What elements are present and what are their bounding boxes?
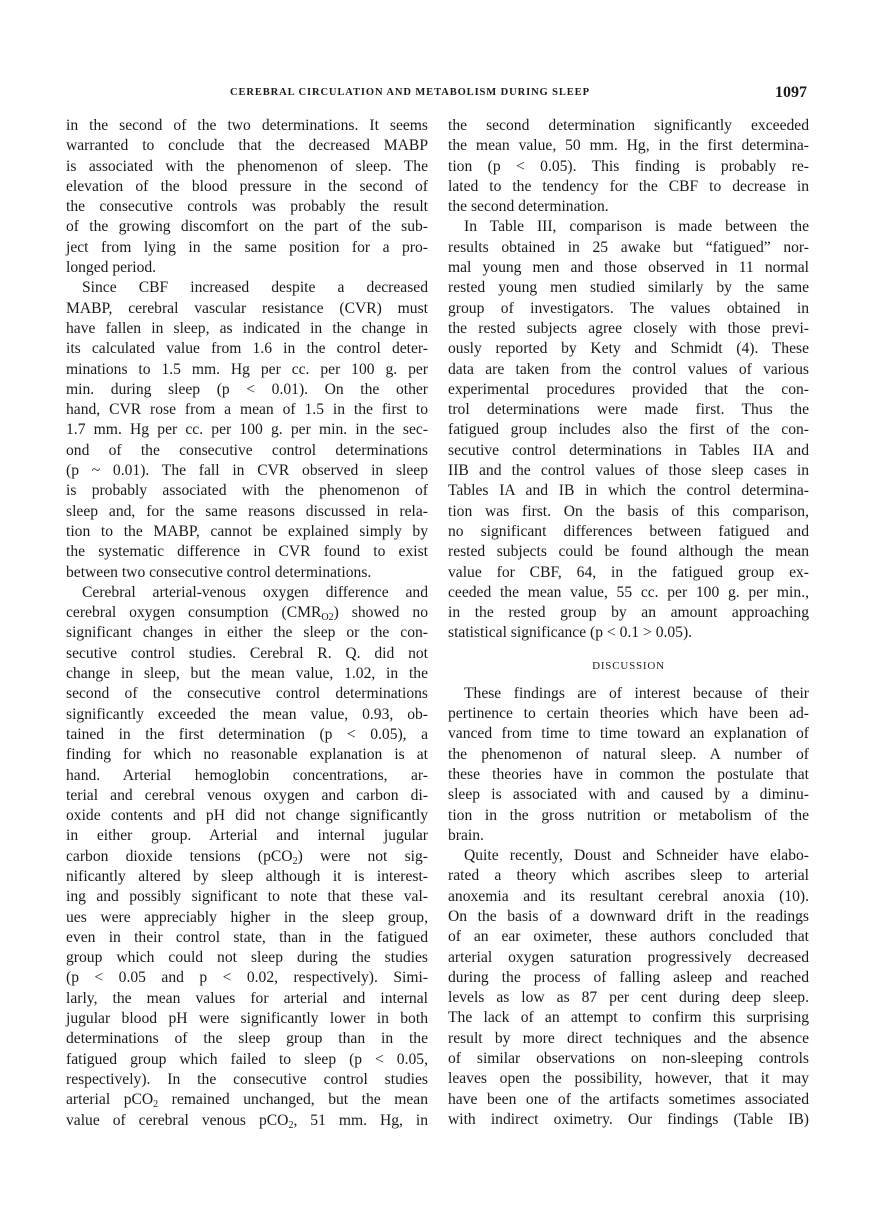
text-line: is associated with the phenomenon of sle…: [66, 157, 428, 177]
text-line: longed period.: [66, 258, 428, 278]
text-line: significantly exceeded the mean value, 0…: [66, 705, 428, 725]
text-line: the phenomenon of natural sleep. A numbe…: [448, 745, 809, 765]
text-line: minations to 1.5 mm. Hg per cc. per 100 …: [66, 360, 428, 380]
text-line: of similar observations on non-sleeping …: [448, 1049, 809, 1069]
text-line: min. during sleep (p < 0.01). On the oth…: [66, 380, 428, 400]
text-line: group of investigators. The values obtai…: [448, 299, 809, 319]
text-line: value of cerebral venous pCO2, 51 mm. Hg…: [66, 1111, 428, 1131]
text-line: ond of the consecutive control determina…: [66, 441, 428, 461]
text-line: rested young men studied similarly by th…: [448, 278, 809, 298]
left-column: in the second of the two determinations.…: [66, 116, 428, 1131]
paragraph-start-line: Since CBF increased despite a decreased: [66, 278, 428, 298]
section-heading-discussion: DISCUSSION: [448, 648, 809, 684]
text-line: rested subjects could be found although …: [448, 542, 809, 562]
text-line: pertinence to certain theories which hav…: [448, 704, 809, 724]
page-number: 1097: [775, 84, 807, 102]
text-line: mal young men and those observed in 11 n…: [448, 258, 809, 278]
text-line: larly, the mean values for arterial and …: [66, 989, 428, 1009]
text-line: no significant differences between fatig…: [448, 522, 809, 542]
text-line: 1.7 mm. Hg per cc. per 100 g. per min. i…: [66, 420, 428, 440]
text-line: MABP, cerebral vascular resistance (CVR)…: [66, 299, 428, 319]
text-line: arterial pCO2 remained unchanged, but th…: [66, 1090, 428, 1110]
text-line: secutive control determinations in Table…: [448, 441, 809, 461]
text-line: secutive control studies. Cerebral R. Q.…: [66, 644, 428, 664]
text-line: oxide contents and pH did not change sig…: [66, 806, 428, 826]
text-line: even in their control state, than in the…: [66, 928, 428, 948]
text-line: ing and possibly significant to note tha…: [66, 887, 428, 907]
text-line: hand, CVR rose from a mean of 1.5 in the…: [66, 400, 428, 420]
paragraph-start-line: Cerebral arterial-venous oxygen differen…: [66, 583, 428, 603]
text-line: carbon dioxide tensions (pCO2) were not …: [66, 847, 428, 867]
text-line: trol determinations were made first. Thu…: [448, 400, 809, 420]
text-line: group which could not sleep during the s…: [66, 948, 428, 968]
text-line: statistical significance (p < 0.1 > 0.05…: [448, 623, 809, 643]
text-line: result by more direct techniques and the…: [448, 1029, 809, 1049]
text-line: lated to the tendency for the CBF to dec…: [448, 177, 809, 197]
text-line: data are taken from the control values o…: [448, 360, 809, 380]
text-line: value for CBF, 64, in the fatigued group…: [448, 563, 809, 583]
text-line: finding for which no reasonable explanat…: [66, 745, 428, 765]
text-line: tion was first. On the basis of this com…: [448, 502, 809, 522]
text-line: elevation of the blood pressure in the s…: [66, 177, 428, 197]
text-line: The lack of an attempt to confirm this s…: [448, 1008, 809, 1028]
text-line: sleep and, for the same reasons discusse…: [66, 502, 428, 522]
text-line: in either group. Arterial and internal j…: [66, 826, 428, 846]
text-line: On the basis of a downward drift in the …: [448, 907, 809, 927]
text-line: rated a theory which ascribes sleep to a…: [448, 866, 809, 886]
text-line: levels as low as 87 per cent during deep…: [448, 988, 809, 1008]
text-line: the consecutive controls was probably th…: [66, 197, 428, 217]
text-line: change in sleep, but the mean value, 1.0…: [66, 664, 428, 684]
text-line: the second determination significantly e…: [448, 116, 809, 136]
text-line: have been one of the artifacts sometimes…: [448, 1090, 809, 1110]
text-line: sleep is associated with and caused by a…: [448, 785, 809, 805]
text-line: significant changes in either the sleep …: [66, 623, 428, 643]
text-line: jugular blood pH were significantly lowe…: [66, 1009, 428, 1029]
text-line: the second determination.: [448, 197, 809, 217]
text-line: vanced from time to time toward an expla…: [448, 724, 809, 744]
text-line: Tables IA and IB in which the control de…: [448, 481, 809, 501]
text-line: results obtained in 25 awake but “fatigu…: [448, 238, 809, 258]
text-line: (p ~ 0.01). The fall in CVR observed in …: [66, 461, 428, 481]
text-line: cerebral oxygen consumption (CMRO2) show…: [66, 603, 428, 623]
text-line: (p < 0.05 and p < 0.02, respectively). S…: [66, 968, 428, 988]
text-line: ously reported by Kety and Schmidt (4). …: [448, 339, 809, 359]
text-line: of the growing discomfort on the part of…: [66, 217, 428, 237]
text-line: second of the consecutive control determ…: [66, 684, 428, 704]
text-line: arterial oxygen saturation progressively…: [448, 948, 809, 968]
text-line: determinations of the sleep group than i…: [66, 1029, 428, 1049]
text-line: tion (p < 0.05). This finding is probabl…: [448, 157, 809, 177]
text-line: fatigued group includes also the first o…: [448, 420, 809, 440]
paragraph-start-line: These findings are of interest because o…: [448, 684, 809, 704]
text-line: tained in the first determination (p < 0…: [66, 725, 428, 745]
text-line: fatigued group which failed to sleep (p …: [66, 1050, 428, 1070]
text-line: between two consecutive control determin…: [66, 563, 428, 583]
text-line: the mean value, 50 mm. Hg, in the first …: [448, 136, 809, 156]
text-line: ject from lying in the same position for…: [66, 238, 428, 258]
text-line: IIB and the control values of those slee…: [448, 461, 809, 481]
text-line: in the second of the two determinations.…: [66, 116, 428, 136]
text-line: ceeded the mean value, 55 cc. per 100 g.…: [448, 583, 809, 603]
text-line: is probably associated with the phenomen…: [66, 481, 428, 501]
text-line: in the rested group by an amount approac…: [448, 603, 809, 623]
text-line: respectively). In the consecutive contro…: [66, 1070, 428, 1090]
text-line: during the process of falling asleep and…: [448, 968, 809, 988]
running-head: CEREBRAL CIRCULATION AND METABOLISM DURI…: [0, 84, 890, 104]
text-line: warranted to conclude that the decreased…: [66, 136, 428, 156]
text-line: tion to the MABP, cannot be explained si…: [66, 522, 428, 542]
right-column: the second determination significantly e…: [448, 116, 809, 1130]
text-line: terial and cerebral venous oxygen and ca…: [66, 786, 428, 806]
text-line: the systematic difference in CVR found t…: [66, 542, 428, 562]
text-line: of an ear oximeter, these authors conclu…: [448, 927, 809, 947]
paragraph-start-line: Quite recently, Doust and Schneider have…: [448, 846, 809, 866]
text-line: these theories have in common the postul…: [448, 765, 809, 785]
running-title: CEREBRAL CIRCULATION AND METABOLISM DURI…: [230, 87, 590, 98]
text-line: the rested subjects agree closely with t…: [448, 319, 809, 339]
paragraph-start-line: In Table III, comparison is made between…: [448, 217, 809, 237]
text-line: its calculated value from 1.6 in the con…: [66, 339, 428, 359]
text-line: experimental procedures provided that th…: [448, 380, 809, 400]
text-line: anoxemia and its resultant cerebral anox…: [448, 887, 809, 907]
text-line: brain.: [448, 826, 809, 846]
text-line: leaves open the possibility, however, th…: [448, 1069, 809, 1089]
text-line: ues were appreciably higher in the sleep…: [66, 908, 428, 928]
text-line: with indirect oximetry. Our findings (Ta…: [448, 1110, 809, 1130]
text-line: have fallen in sleep, as indicated in th…: [66, 319, 428, 339]
text-line: tion in the gross nutrition or metabolis…: [448, 806, 809, 826]
text-line: hand. Arterial hemoglobin concentrations…: [66, 766, 428, 786]
text-line: nificantly altered by sleep although it …: [66, 867, 428, 887]
